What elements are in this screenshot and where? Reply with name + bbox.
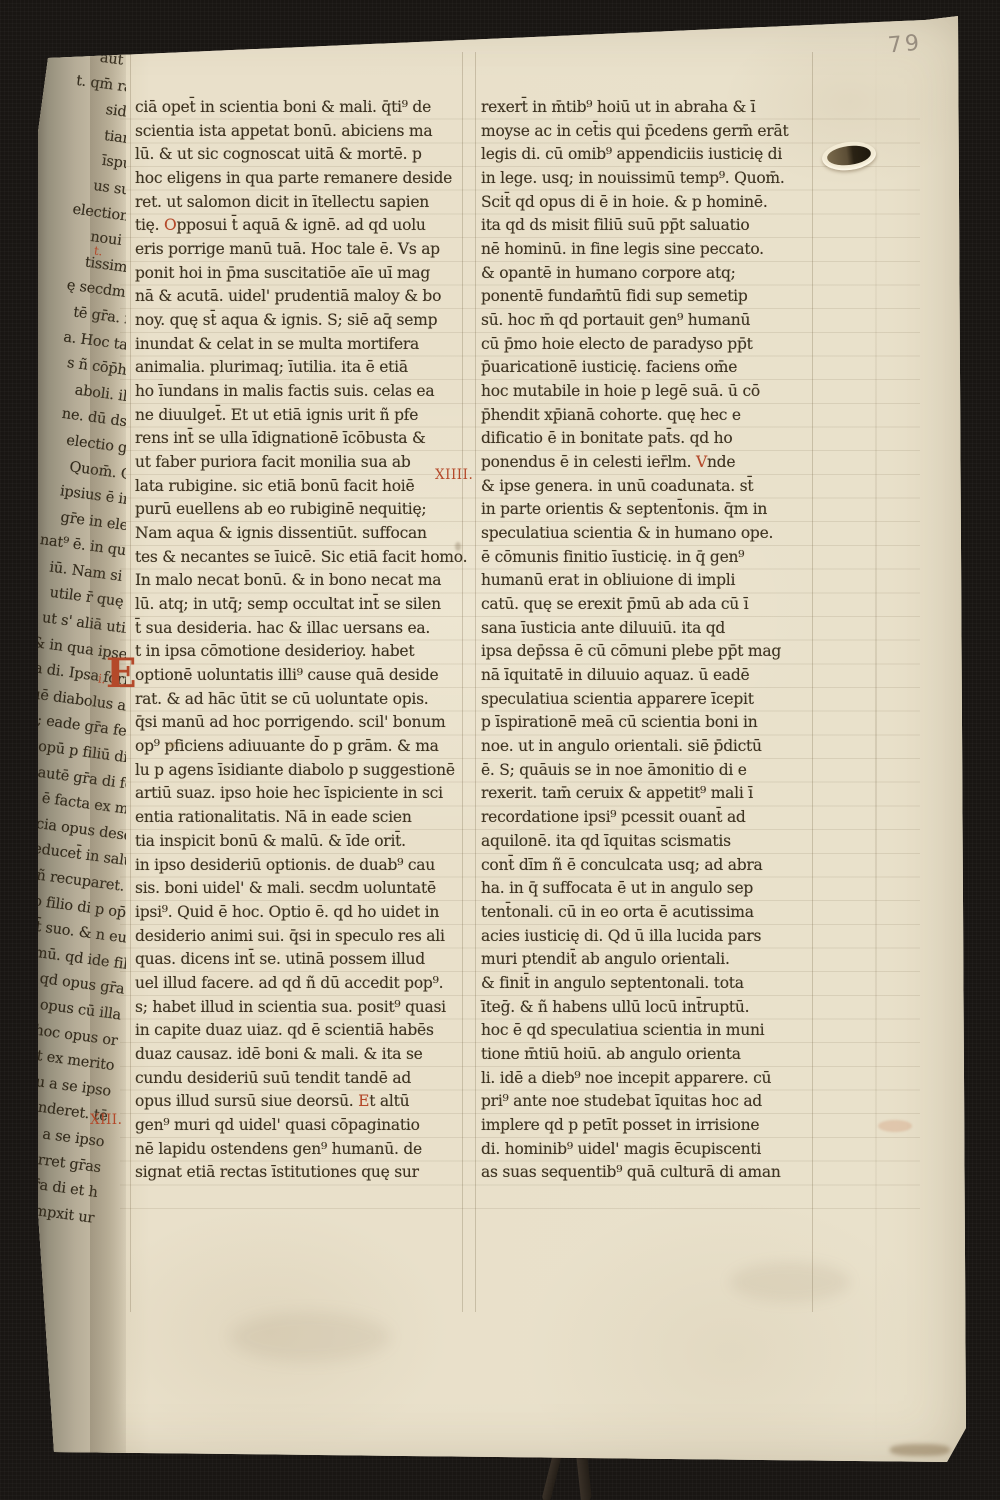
text-segment: nde xyxy=(707,453,735,471)
rubric-letter: O xyxy=(164,216,176,234)
text-line: sū. hoc m̄ qd portauit gen⁹ humanū xyxy=(481,309,817,333)
text-line: dificatio ē in bonitate pat̄s. qd ho xyxy=(481,427,817,451)
text-line: nā & acutā. uidel' prudentiā maloy & bo xyxy=(135,285,471,309)
text-line: ho īundans in malis factis suis. celas e… xyxy=(135,380,471,404)
text-line: & finit̄ in angulo septentonali. tota xyxy=(481,972,817,996)
text-line: noe. ut in angulo orientali. siē p̄dictū xyxy=(481,735,817,759)
text-line: rexerit. tam̄ ceruix & appetit⁹ mali ī xyxy=(481,782,817,806)
text-line: nē lapidu ostendens gen⁹ humanū. de xyxy=(135,1138,471,1162)
text-line: lu p agens īsidiante diabolo p suggestio… xyxy=(135,759,471,783)
text-line: ponit hoi in p̄ma suscitatiōe aīe uī mag xyxy=(135,262,471,286)
text-line: & ipse genera. in unū coadunata. st̄ xyxy=(481,475,817,499)
right-text-column: rexert̄ in m̄tib⁹ hoiū ut in abraha & īm… xyxy=(481,96,817,1185)
text-line: purū euellens ab eo rubiginē nequitię; xyxy=(135,498,471,522)
text-line: lū. & ut sic cognoscat uitā & mortē. p xyxy=(135,143,471,167)
text-line: t̄ sua desideria. hac & illac uersans ea… xyxy=(135,617,471,641)
text-line: q̄si manū ad hoc porrigendo. scil' bonum xyxy=(135,711,471,735)
parchment-discoloration xyxy=(230,1312,390,1362)
text-line: ut faber puriora facit monilia sua ab xyxy=(135,451,471,475)
text-line: nā īquitatē in diluuio aquaz. ū eadē xyxy=(481,664,817,688)
text-line: acies iusticię di. Qd ū illa lucida pars xyxy=(481,925,817,949)
text-line: di. hominib⁹ uidel' magis ēcupiscenti xyxy=(481,1138,817,1162)
text-line: sana īusticia ante diluuiū. ita qd xyxy=(481,617,817,641)
text-line: in ipso desideriū optionis. de duab⁹ cau xyxy=(135,854,471,878)
text-segment: ponendus ē in celesti ier̄lm. xyxy=(481,453,696,471)
text-line: sis. boni uidel' & mali. secdm uoluntatē xyxy=(135,877,471,901)
folio-number: 79 xyxy=(887,31,923,59)
text-line: duaz causaz. idē boni & mali. & ita se xyxy=(135,1043,471,1067)
text-line: p īspirationē meā cū scientia boni in xyxy=(481,711,817,735)
parchment-crease xyxy=(875,22,877,1452)
text-line: rens int̄ se ulla īdignationē īcōbusta & xyxy=(135,427,471,451)
text-line: cont̄ dīm ñ ē conculcata usq; ad abra xyxy=(481,854,817,878)
text-line: p̄hendit xp̄ianā cohorte. quę hec e xyxy=(481,404,817,428)
text-line: legis di. cū omib⁹ appendiciis iusticię … xyxy=(481,143,817,167)
text-line: hoc eligens in qua parte remanere deside xyxy=(135,167,471,191)
corner-inscription-smudge xyxy=(890,1444,950,1456)
text-line: animalia. plurimaq; īutilia. ita ē etiā xyxy=(135,356,471,380)
text-line: ne diuulget̄. Et ut etiā ignis urit ñ pf… xyxy=(135,404,471,428)
text-line: in parte orientis & septent̄onis. q̄m in xyxy=(481,498,817,522)
text-line: hoc ē qd speculatiua scientia in muni xyxy=(481,1019,817,1043)
text-line: p̄uaricationē iusticię. faciens om̄e xyxy=(481,356,817,380)
text-line: gen⁹ muri qd uidel' quasi cōpaginatio xyxy=(135,1114,471,1138)
text-line: opus illud sursū siue deorsū. Et altū xyxy=(135,1090,471,1114)
text-line: cundu desideriū suū tendit tandē ad xyxy=(135,1067,471,1091)
text-line: ē. S; quāuis se in noe āmonitio di e xyxy=(481,759,817,783)
text-line: rat. & ad hāc ūtit se cū uoluntate opis. xyxy=(135,688,471,712)
text-line: Nam aqua & ignis dissentiūt. suffocan xyxy=(135,522,471,546)
text-line: artiū suaz. ipso hoie hec īspiciente in … xyxy=(135,782,471,806)
text-line: muri ptendit̄ ab angulo orientali. xyxy=(481,948,817,972)
text-line: s; habet illud in scientia sua. posit⁹ q… xyxy=(135,996,471,1020)
text-line: t in ipsa cōmotione desiderioy. habet xyxy=(135,640,471,664)
text-line: li. idē a dieb⁹ noe incepit apparere. cū xyxy=(481,1067,817,1091)
text-line: speculatiua scientia apparere īcepit xyxy=(481,688,817,712)
text-line: humanū erat in obliuione di impli xyxy=(481,569,817,593)
text-line: tię. Opposui t̄ aquā & ignē. ad qd uolu xyxy=(135,214,471,238)
manuscript-page: aut̄ hois nūquā defict. qm̄ rationalis ē… xyxy=(30,12,970,1467)
text-line: op⁹ pficiens adiuuante d̄o p grām. & ma xyxy=(135,735,471,759)
text-line: pri⁹ ante noe studebat īquitas hoc ad xyxy=(481,1090,817,1114)
text-line: uel illud facere. ad qd ñ dū accedit pop… xyxy=(135,972,471,996)
text-line: ipsi⁹. Quid ē hoc. Optio ē. qd ho uidet … xyxy=(135,901,471,925)
text-line: lata rubigine. sic etiā bonū facit hoiē xyxy=(135,475,471,499)
text-line: rexert̄ in m̄tib⁹ hoiū ut in abraha & ī xyxy=(481,96,817,120)
text-line: tent̄onali. cū in eo orta ē acutissima xyxy=(481,901,817,925)
text-line: ponentē fundam̄tū fidi sup semetip xyxy=(481,285,817,309)
chapter-number-xiii: XIII. xyxy=(90,1112,122,1128)
text-segment: opus illud sursū siue deorsū. xyxy=(135,1092,358,1110)
rubric-initial-E: E xyxy=(106,654,137,694)
text-line: desiderio animi sui. q̄si in speculo res… xyxy=(135,925,471,949)
left-text-column: ciā opet̄ in scientia boni & mali. q̄ti⁹… xyxy=(135,96,471,1185)
text-line: speculatiua scientia & in humano ope. xyxy=(481,522,817,546)
rubric-letter: E xyxy=(358,1092,369,1110)
text-line: Scit̄ qd opus di ē in hoie. & p hominē. xyxy=(481,191,817,215)
text-segment: tię. xyxy=(135,216,164,234)
text-line: signat etiā rectas īstitutiones quę sur xyxy=(135,1161,471,1185)
text-line: ha. in q̄ suffocata ē ut in angulo sep xyxy=(481,877,817,901)
ruling-line xyxy=(475,52,476,1312)
text-line: in lege. usq; in nouissimū temp⁹. Quom̄. xyxy=(481,167,817,191)
text-line: recordatione ipsi⁹ pcessit ouant̄ ad xyxy=(481,806,817,830)
text-line: implere qd p petīt posset in irrisione xyxy=(481,1114,817,1138)
text-line: & opantē in humano corpore atq; xyxy=(481,262,817,286)
chapter-number-xiiii: XIIII. xyxy=(435,467,473,483)
gutter-facing-leaf: aut̄ hois nūquā defict. qm̄ rationalis ē… xyxy=(30,12,126,1467)
faded-rubric-smudge xyxy=(878,1120,912,1132)
text-line: cū p̄mo hoie electo de paradyso pp̄t xyxy=(481,333,817,357)
parchment-hole xyxy=(822,136,876,176)
text-segment: t altū xyxy=(369,1092,409,1110)
text-line: ponendus ē in celesti ier̄lm. Vnde xyxy=(481,451,817,475)
text-line: scientia ista appetat bonū. abiciens ma xyxy=(135,120,471,144)
text-line: ē cōmunis finitio īusticię. in q̄ gen⁹ xyxy=(481,546,817,570)
gutter-text-strip: aut̄ hois nūquā defict. qm̄ rationalis ē… xyxy=(30,39,126,1235)
text-line: ipsa dep̄ssa ē cū cōmuni plebe pp̄t mag xyxy=(481,640,817,664)
text-line: aquilonē. ita qd īquitas scismatis xyxy=(481,830,817,854)
text-line: quas. dicens int̄ se. utinā possem illud xyxy=(135,948,471,972)
text-line: tia inspicit bonū & malū. & īde orit̄. xyxy=(135,830,471,854)
text-line: hoc mutabile in hoie p legē suā. ū cō xyxy=(481,380,817,404)
text-line: inundat & celat in se multa mortifera xyxy=(135,333,471,357)
text-line: tes & necantes se īuicē. Sic etiā facit … xyxy=(135,546,471,570)
rubric-letter: V xyxy=(696,453,707,471)
text-line: catū. quę se erexit p̄mū ab ada cū ī xyxy=(481,593,817,617)
text-line: as suas sequentib⁹ quā culturā di aman xyxy=(481,1161,817,1185)
text-line: nē hominū. in fine legis sine peccato. xyxy=(481,238,817,262)
text-line: in capite duaz uiaz. qd ē scientiā habēs xyxy=(135,1019,471,1043)
text-line: ita qd ds misit filiū suū pp̄t saluatio xyxy=(481,214,817,238)
text-line: noy. quę st̄ aqua & ignis. S; siē aq̄ se… xyxy=(135,309,471,333)
text-line: lū. atq; in utq̄; semp occultat int̄ se … xyxy=(135,593,471,617)
text-line: In malo necat bonū. & in bono necat ma xyxy=(135,569,471,593)
text-line: ret. ut salomon dicit in ītellectu sapie… xyxy=(135,191,471,215)
text-line: optionē uoluntatis illi⁹ cause quā desid… xyxy=(135,664,471,688)
parchment-discoloration xyxy=(730,1262,850,1302)
text-line: moyse ac in cet̄is qui p̄cedens germ̄ er… xyxy=(481,120,817,144)
text-line: entia rationalitatis. Nā in eade scien xyxy=(135,806,471,830)
text-line: tione m̄tiū hoiū. ab angulo orienta xyxy=(481,1043,817,1067)
text-line: eris porrige manū tuā. Hoc tale ē. Vs ap xyxy=(135,238,471,262)
text-line: īteḡ. & ñ habens ullū locū int̄ruptū. xyxy=(481,996,817,1020)
text-line: ciā opet̄ in scientia boni & mali. q̄ti⁹… xyxy=(135,96,471,120)
text-segment: pposui t̄ aquā & ignē. ad qd uolu xyxy=(176,216,425,234)
